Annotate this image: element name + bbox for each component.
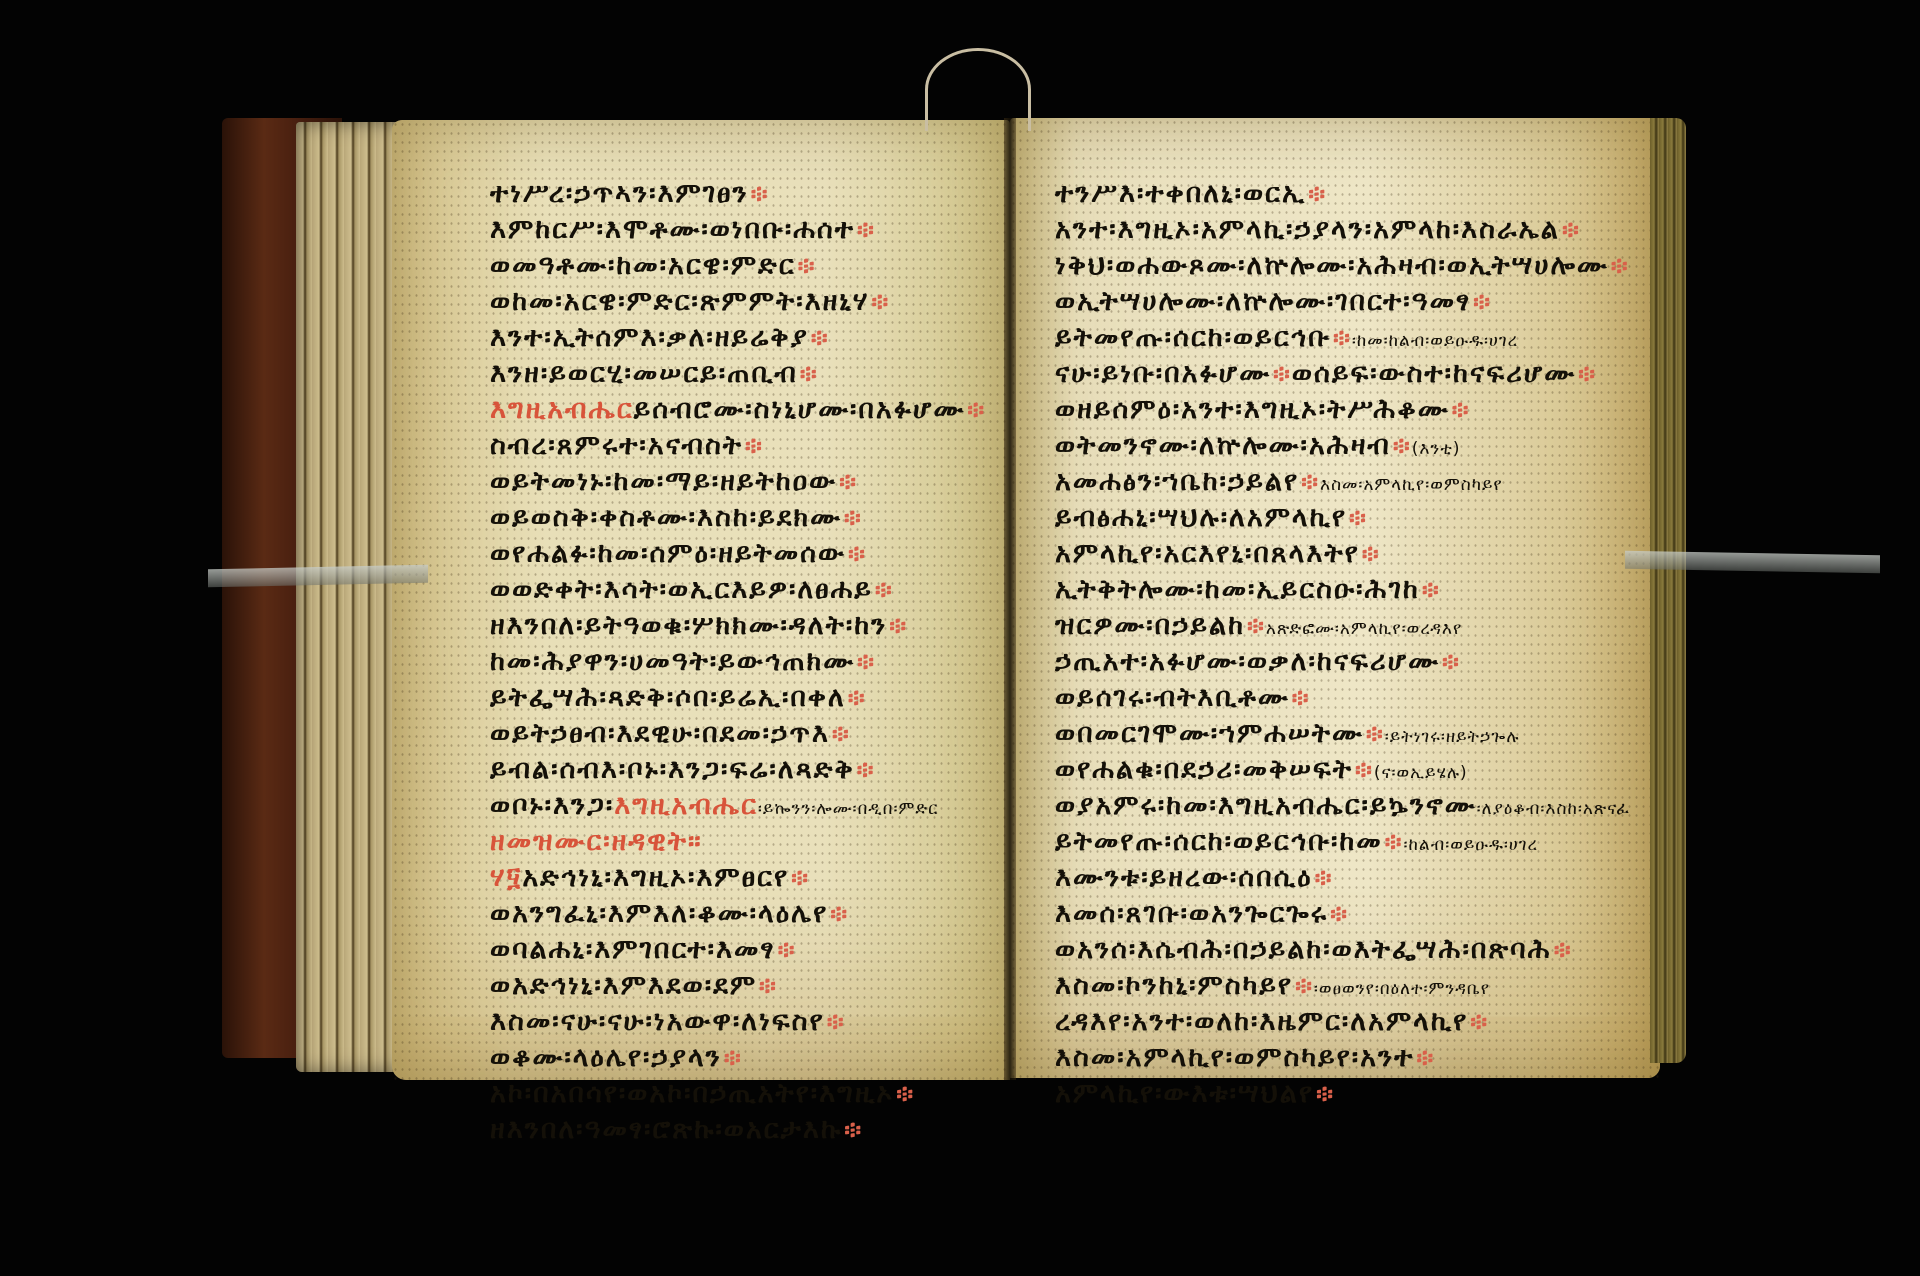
script-text: ወከመ፡አርዌ፡ምድር፡ጽምምት፡እዘኒሃ xyxy=(490,286,869,317)
red-cross-punctuation: ፨ xyxy=(967,396,986,424)
red-cross-punctuation: ፨ xyxy=(751,180,770,208)
text-line: እሙንቱ፡ይዘረው፡ሰበሲዕ፨ xyxy=(1055,860,1630,896)
text-line: ዘእንበለ፡ዓመፃ፡ሮጽኩ፡ወአርታእኩ፨ xyxy=(490,1112,986,1148)
script-text: እንተ፡ኢትሰምእ፡ቃለ፡ዘይሬቅያ xyxy=(490,322,809,353)
script-text: ወአድኅነኒ፡እምእደወ፡ደም xyxy=(490,970,757,1001)
red-cross-punctuation: ፨ xyxy=(1308,180,1327,208)
script-text: ወሰይፍ፡ውስተ፡ከናፍሪሆሙ xyxy=(1292,358,1576,389)
red-cross-punctuation: ፨ xyxy=(1416,1044,1435,1072)
red-cross-punctuation: ፨ xyxy=(857,648,876,676)
text-line: አኮ፡በአበሳየ፡ወአኮ፡በኃጢአትየ፡እግዚኦ፨ xyxy=(490,1076,986,1112)
text-line: ወኢትሣሀሎሙ፡ለኵሎሙ፡ገበርተ፡ዓመፃ፨ xyxy=(1055,284,1630,320)
red-cross-punctuation: ፨ xyxy=(1562,216,1581,244)
script-text: ወአንሰ፡እሴብሕ፡በኃይልከ፡ወእትፌሣሕ፡በጽባሕ xyxy=(1055,934,1552,965)
text-line: ይትመየጡ፡ሰርከ፡ወይርኅቡ፡ከመ፨፡ከልብ፡ወይዑዱ፡ሀገረ xyxy=(1055,824,1630,860)
script-text: አኮ፡በአበሳየ፡ወአኮ፡በኃጢአትየ፡እግዚኦ xyxy=(490,1078,894,1109)
script-text: ተንሥእ፡ተቀበለኒ፡ወርኢ xyxy=(1055,178,1306,209)
text-line: ዝርዎሙ፡በኃይልከ፨አጽድፎሙ፡አምላኪየ፡ወረዳእየ xyxy=(1055,608,1630,644)
script-text: ወይትኃፀብ፡እደዊሁ፡በደመ፡ኃጥእ xyxy=(490,718,830,749)
red-cross-punctuation: ፨ xyxy=(1301,468,1320,496)
text-line: ኃጢአተ፡አፉሆሙ፡ወቃለ፡ከናፍሪሆሙ፨ xyxy=(1055,644,1630,680)
script-text: ይትፌሣሕ፡ጻድቅ፡ሶበ፡ይሬኢ፡በቀለ xyxy=(490,682,846,713)
script-text: ተነሥረ፡ኃጥኣን፡እምገፀን xyxy=(490,178,749,209)
red-cross-punctuation: ፨ xyxy=(848,540,867,568)
text-line: ወቆሙ፡ላዕሌየ፡ኃያላን፨ xyxy=(490,1040,986,1076)
text-line: አምላኪየ፡ውእቱ፡ሣህልየ፨ xyxy=(1055,1076,1630,1112)
script-text: ይትመየጡ፡ሰርከ፡ወይርኅቡ፡ከመ xyxy=(1055,826,1383,857)
script-text: ወበመርገሞሙ፡ኀምሐሠትሙ xyxy=(1055,718,1364,749)
script-text: ወዘይሰምዕ፡አንተ፡እግዚኦ፡ትሥሕቆሙ xyxy=(1055,394,1450,425)
red-cross-punctuation: ፨ xyxy=(1273,360,1292,388)
script-text: ወየሐልቁ፡በደኃሪ፡መቅሠፍት xyxy=(1055,754,1353,785)
text-line: እምከርሥ፡እሞቶሙ፡ወነበቡ፡ሐሰተ፨ xyxy=(490,212,986,248)
small-script-text: ፡ከመ፡ከልብ፡ወይዑዱ፡ሀገረ xyxy=(1352,331,1518,351)
red-cross-punctuation: ፨ xyxy=(1316,1080,1335,1108)
script-text: ወወድቀት፡እሳት፡ወኢርእይዎ፡ለፀሐይ xyxy=(490,574,873,605)
red-cross-punctuation: ፨ xyxy=(857,756,876,784)
text-line: ተነሥረ፡ኃጥኣን፡እምገፀን፨ xyxy=(490,176,986,212)
small-script-text: ፡ከልብ፡ወይዑዱ፡ሀገረ xyxy=(1404,835,1539,855)
red-cross-punctuation: ፨ xyxy=(1333,324,1352,352)
red-cross-punctuation: ፨ xyxy=(1611,252,1630,280)
script-text: ወየሐልፉ፡ከመ፡ሰምዕ፡ዘይትመሰው xyxy=(490,538,846,569)
right-page-edges xyxy=(1650,118,1686,1063)
text-line: ወባልሐኒ፡እምገበርተ፡እመፃ፨ xyxy=(490,932,986,968)
text-line: ኢትቅትሎሙ፡ከመ፡ኢይርስዑ፡ሕገከ፨ xyxy=(1055,572,1630,608)
red-cross-punctuation: ፨ xyxy=(827,1008,846,1036)
script-text: ወያአምሩ፡ከመ፡እግዚአብሔር፡ይኴንኖሙ xyxy=(1055,790,1477,821)
script-text: ዝርዎሙ፡በኃይልከ xyxy=(1055,610,1245,641)
text-line: እንዘ፡ይወርሂ፡መሠርይ፡ጠቢብ፨ xyxy=(490,356,986,392)
manuscript-photo: ተነሥረ፡ኃጥኣን፡እምገፀን፨እምከርሥ፡እሞቶሙ፡ወነበቡ፡ሐሰተ፨ወመዓቶ… xyxy=(0,0,1920,1276)
text-line: ወአድኅነኒ፡እምእደወ፡ደም፨ xyxy=(490,968,986,1004)
text-line: እመሰ፡ጸገቡ፡ወአንጐርጐሩ፨ xyxy=(1055,896,1630,932)
text-line: ወትመንኖሙ፡ለኵሎሙ፡አሕዛብ፨(እንቲ) xyxy=(1055,428,1630,464)
script-text: ዘእንበለ፡ይትዓወቁ፡ሦክክሙ፡ዳለት፡ከን xyxy=(490,610,887,641)
script-text: ወመዓቶሙ፡ከመ፡አርዌ፡ምድር xyxy=(490,250,796,281)
text-line: ወይትኃፀብ፡እደዊሁ፡በደመ፡ኃጥእ፨ xyxy=(490,716,986,752)
script-text: ኃጢአተ፡አፉሆሙ፡ወቃለ፡ከናፍሪሆሙ xyxy=(1055,646,1440,677)
marginal-note: (እንቲ) xyxy=(1412,439,1461,459)
text-line: ናሁ፡ይነቡ፡በአፉሆሙ፨ወሰይፍ፡ውስተ፡ከናፍሪሆሙ፨ xyxy=(1055,356,1630,392)
left-page-text: ተነሥረ፡ኃጥኣን፡እምገፀን፨እምከርሥ፡እሞቶሙ፡ወነበቡ፡ሐሰተ፨ወመዓቶ… xyxy=(490,176,986,1148)
text-line: ረዳእየ፡አንተ፡ወለከ፡እዜምር፡ለአምላኪየ፨ xyxy=(1055,1004,1630,1040)
right-page-text: ተንሥእ፡ተቀበለኒ፡ወርኢ፨አንተ፡እግዚኦ፡አምላኪ፡ኃያላን፡አምላከ፡እ… xyxy=(1055,176,1630,1112)
red-cross-punctuation: ፨ xyxy=(848,684,867,712)
small-script-text: አጽድፎሙ፡አምላኪየ፡ወረዳእየ xyxy=(1266,619,1462,639)
red-cross-punctuation: ፨ xyxy=(800,360,819,388)
script-text: እስመ፡አምላኪየ፡ወምስካይየ፡አንተ xyxy=(1055,1042,1414,1073)
text-line: አመሐፅን፡ኀቤከ፡ኃይልየ፨እስመ፡አምላኪየ፡ወምስካይየ xyxy=(1055,464,1630,500)
red-cross-punctuation: ፨ xyxy=(1578,360,1597,388)
book-gutter xyxy=(1004,118,1016,1080)
small-script-text: ፡ይትነገሩ፡ዘይትኃጐሉ xyxy=(1385,727,1520,747)
red-cross-punctuation: ፨ xyxy=(1295,972,1314,1000)
text-line: እግዚአብሔርይሰብሮሙ፡ስነኒሆሙ፡በአፉሆሙ፨ xyxy=(490,392,986,428)
text-line: ነቅህ፡ወሐውጾሙ፡ለኵሎሙ፡አሕዛብ፡ወኢትሣሀሎሙ፨ xyxy=(1055,248,1630,284)
red-cross-punctuation: ፨ xyxy=(896,1080,915,1108)
text-line: ወየሐልፉ፡ከመ፡ሰምዕ፡ዘይትመሰው፨ xyxy=(490,536,986,572)
rubric-text: እግዚአብሔር xyxy=(614,790,758,821)
text-line: ስብረ፡ጸምሩተ፡አናብስት፨ xyxy=(490,428,986,464)
text-line: ሃ፶አድኅነኒ፡እግዚኦ፡እምፀርየ፨ xyxy=(490,860,986,896)
script-text: ከመ፡ሕያዋን፡ሀመዓት፡ይውኅጠክሙ xyxy=(490,646,855,677)
rubric-text: ሃ፶ xyxy=(490,862,522,893)
red-cross-punctuation: ፨ xyxy=(1247,612,1266,640)
red-cross-punctuation: ፨ xyxy=(1473,288,1492,316)
text-line: ወከመ፡አርዌ፡ምድር፡ጽምምት፡እዘኒሃ፨ xyxy=(490,284,986,320)
text-line: እስመ፡ኮንከኒ፡ምስካይየ፨፡ወፀወንየ፡በዕለተ፡ምንዳቤየ xyxy=(1055,968,1630,1004)
text-line: ወይትመነኑ፡ከመ፡ማይ፡ዘይትከዐው፨ xyxy=(490,464,986,500)
red-cross-punctuation: ፨ xyxy=(791,864,810,892)
red-cross-punctuation: ፨ xyxy=(811,324,830,352)
script-text: ረዳእየ፡አንተ፡ወለከ፡እዜምር፡ለአምላኪየ xyxy=(1055,1006,1468,1037)
red-cross-punctuation: ፨ xyxy=(1355,756,1374,784)
text-line: ወቦኑ፡እንጋ፡እግዚአብሔር፡ይኰንን፡ሎሙ፡በዲበ፡ምድር xyxy=(490,788,986,824)
script-text: እሙንቱ፡ይዘረው፡ሰበሲዕ xyxy=(1055,862,1313,893)
text-line: ወዘይሰምዕ፡አንተ፡እግዚኦ፡ትሥሕቆሙ፨ xyxy=(1055,392,1630,428)
red-cross-punctuation: ፨ xyxy=(798,252,817,280)
red-cross-punctuation: ፨ xyxy=(1366,720,1385,748)
script-text: እስመ፡ናሁ፡ናሁ፡ነአውዋ፡ለነፍስየ xyxy=(490,1006,825,1037)
text-line: ወይሰገሩ፡ብትእቢቶሙ፨ xyxy=(1055,680,1630,716)
red-cross-punctuation: ፨ xyxy=(1452,396,1471,424)
red-cross-punctuation: ፨ xyxy=(875,576,894,604)
bookmark-string xyxy=(925,48,1031,131)
script-text: ወትመንኖሙ፡ለኵሎሙ፡አሕዛብ xyxy=(1055,430,1391,461)
script-text: ወኢትሣሀሎሙ፡ለኵሎሙ፡ገበርተ፡ዓመፃ xyxy=(1055,286,1471,317)
script-text: ይብፅሐኒ፡ሣህሉ፡ለአምላኪየ xyxy=(1055,502,1347,533)
red-cross-punctuation: ፨ xyxy=(759,972,778,1000)
red-cross-punctuation: ፨ xyxy=(889,612,908,640)
script-text: ወባልሐኒ፡እምገበርተ፡እመፃ xyxy=(490,934,776,965)
text-line: እስመ፡አምላኪየ፡ወምስካይየ፡አንተ፨ xyxy=(1055,1040,1630,1076)
text-line: ይብል፡ሰብእ፡ቦኑ፡እንጋ፡ፍሬ፡ለጻድቅ፨ xyxy=(490,752,986,788)
script-text: ወቆሙ፡ላዕሌየ፡ኃያላን xyxy=(490,1042,722,1073)
red-cross-punctuation: ፨ xyxy=(830,900,849,928)
script-text: ይሰብሮሙ፡ስነኒሆሙ፡በአፉሆሙ xyxy=(634,394,966,425)
script-text: አመሐፅን፡ኀቤከ፡ኃይልየ xyxy=(1055,466,1299,497)
red-cross-punctuation: ፨ xyxy=(857,216,876,244)
script-text: እምከርሥ፡እሞቶሙ፡ወነበቡ፡ሐሰተ xyxy=(490,214,855,245)
text-line: ይብፅሐኒ፡ሣህሉ፡ለአምላኪየ፨ xyxy=(1055,500,1630,536)
script-text: ዘእንበለ፡ዓመፃ፡ሮጽኩ፡ወአርታእኩ xyxy=(490,1114,842,1145)
red-cross-punctuation: ፨ xyxy=(1442,648,1461,676)
small-script-text: ፡ወፀወንየ፡በዕለተ፡ምንዳቤየ xyxy=(1314,979,1490,999)
text-line: ወአንግፈኒ፡እምእለ፡ቆሙ፡ላዕሌየ፨ xyxy=(490,896,986,932)
script-text: አምላኪየ፡አርእየኒ፡በጸላእትየ xyxy=(1055,538,1360,569)
red-cross-punctuation: ፨ xyxy=(1470,1008,1489,1036)
text-line: ይትመየጡ፡ሰርከ፡ወይርኅቡ፨፡ከመ፡ከልብ፡ወይዑዱ፡ሀገረ xyxy=(1055,320,1630,356)
small-script-text: ፡ይኰንን፡ሎሙ፡በዲበ፡ምድር xyxy=(758,799,939,819)
text-line: አምላኪየ፡አርእየኒ፡በጸላእትየ፨ xyxy=(1055,536,1630,572)
small-script-text: እስመ፡አምላኪየ፡ወምስካይየ xyxy=(1320,475,1503,495)
text-line: አንተ፡እግዚኦ፡አምላኪ፡ኃያላን፡አምላከ፡እስራኤል፨ xyxy=(1055,212,1630,248)
text-line: ወየሐልቁ፡በደኃሪ፡መቅሠፍት፨(ና፡ወኢይሄሉ) xyxy=(1055,752,1630,788)
red-cross-punctuation: ፨ xyxy=(1349,504,1368,532)
marginal-note: (ና፡ወኢይሄሉ) xyxy=(1374,763,1468,783)
script-text: ናሁ፡ይነቡ፡በአፉሆሙ xyxy=(1055,358,1271,389)
script-text: ይትመየጡ፡ሰርከ፡ወይርኅቡ xyxy=(1055,322,1331,353)
script-text: ወይሰገሩ፡ብትእቢቶሙ xyxy=(1055,682,1290,713)
text-line: ወአንሰ፡እሴብሕ፡በኃይልከ፡ወእትፌሣሕ፡በጽባሕ፨ xyxy=(1055,932,1630,968)
text-line: ተንሥእ፡ተቀበለኒ፡ወርኢ፨ xyxy=(1055,176,1630,212)
text-line: እንተ፡ኢትሰምእ፡ቃለ፡ዘይሬቅያ፨ xyxy=(490,320,986,356)
text-line: ዘመዝሙር፡ዘዳዊት። xyxy=(490,824,986,860)
text-line: ከመ፡ሕያዋን፡ሀመዓት፡ይውኅጠክሙ፨ xyxy=(490,644,986,680)
script-text: አንተ፡እግዚኦ፡አምላኪ፡ኃያላን፡አምላከ፡እስራኤል xyxy=(1055,214,1560,245)
red-cross-punctuation: ፨ xyxy=(1422,576,1441,604)
script-text: እስመ፡ኮንከኒ፡ምስካይየ xyxy=(1055,970,1293,1001)
red-cross-punctuation: ፨ xyxy=(1315,864,1334,892)
script-text: አምላኪየ፡ውእቱ፡ሣህልየ xyxy=(1055,1078,1314,1109)
text-line: ወወድቀት፡እሳት፡ወኢርእይዎ፡ለፀሐይ፨ xyxy=(490,572,986,608)
text-line: ወመዓቶሙ፡ከመ፡አርዌ፡ምድር፨ xyxy=(490,248,986,284)
red-cross-punctuation: ፨ xyxy=(778,936,797,964)
red-cross-punctuation: ፨ xyxy=(1385,828,1404,856)
red-cross-punctuation: ፨ xyxy=(871,288,890,316)
text-line: ዘእንበለ፡ይትዓወቁ፡ሦክክሙ፡ዳለት፡ከን፨ xyxy=(490,608,986,644)
script-text: ወይወስቅ፡ቀስቶሙ፡እስከ፡ይደክሙ xyxy=(490,502,842,533)
script-text: ኢትቅትሎሙ፡ከመ፡ኢይርስዑ፡ሕገከ xyxy=(1055,574,1420,605)
red-cross-punctuation: ፨ xyxy=(844,504,863,532)
script-text: ወቦኑ፡እንጋ፡ xyxy=(490,790,614,821)
text-line: ወያአምሩ፡ከመ፡እግዚአብሔር፡ይኴንኖሙ፡ለያዕቆብ፡እስከ፡አጽናፈ xyxy=(1055,788,1630,824)
script-text: ወአንግፈኒ፡እምእለ፡ቆሙ፡ላዕሌየ xyxy=(490,898,828,929)
page-edges-stack xyxy=(296,122,406,1072)
red-cross-punctuation: ፨ xyxy=(839,468,858,496)
rubric-text: እግዚአብሔር xyxy=(490,394,634,425)
red-cross-punctuation: ፨ xyxy=(724,1044,743,1072)
red-cross-punctuation: ፨ xyxy=(832,720,851,748)
red-cross-punctuation: ፨ xyxy=(1292,684,1311,712)
script-text: እመሰ፡ጸገቡ፡ወአንጐርጐሩ xyxy=(1055,898,1328,929)
text-line: ወይወስቅ፡ቀስቶሙ፡እስከ፡ይደክሙ፨ xyxy=(490,500,986,536)
red-cross-punctuation: ፨ xyxy=(1330,900,1349,928)
text-line: እስመ፡ናሁ፡ናሁ፡ነአውዋ፡ለነፍስየ፨ xyxy=(490,1004,986,1040)
rubric-text: ዘመዝሙር፡ዘዳዊት። xyxy=(490,826,703,857)
red-cross-punctuation: ፨ xyxy=(1362,540,1381,568)
text-line: ወበመርገሞሙ፡ኀምሐሠትሙ፨፡ይትነገሩ፡ዘይትኃጐሉ xyxy=(1055,716,1630,752)
red-cross-punctuation: ፨ xyxy=(844,1116,863,1144)
text-line: ይትፌሣሕ፡ጻድቅ፡ሶበ፡ይሬኢ፡በቀለ፨ xyxy=(490,680,986,716)
script-text: ወይትመነኑ፡ከመ፡ማይ፡ዘይትከዐው xyxy=(490,466,837,497)
small-script-text: ፡ለያዕቆብ፡እስከ፡አጽናፈ xyxy=(1477,799,1630,819)
script-text: እንዘ፡ይወርሂ፡መሠርይ፡ጠቢብ xyxy=(490,358,798,389)
script-text: ስብረ፡ጸምሩተ፡አናብስት xyxy=(490,430,743,461)
script-text: ነቅህ፡ወሐውጾሙ፡ለኵሎሙ፡አሕዛብ፡ወኢትሣሀሎሙ xyxy=(1055,250,1609,281)
red-cross-punctuation: ፨ xyxy=(1393,432,1412,460)
red-cross-punctuation: ፨ xyxy=(745,432,764,460)
red-cross-punctuation: ፨ xyxy=(1554,936,1573,964)
script-text: ይብል፡ሰብእ፡ቦኑ፡እንጋ፡ፍሬ፡ለጻድቅ xyxy=(490,754,855,785)
script-text: አድኅነኒ፡እግዚኦ፡እምፀርየ xyxy=(522,862,789,893)
